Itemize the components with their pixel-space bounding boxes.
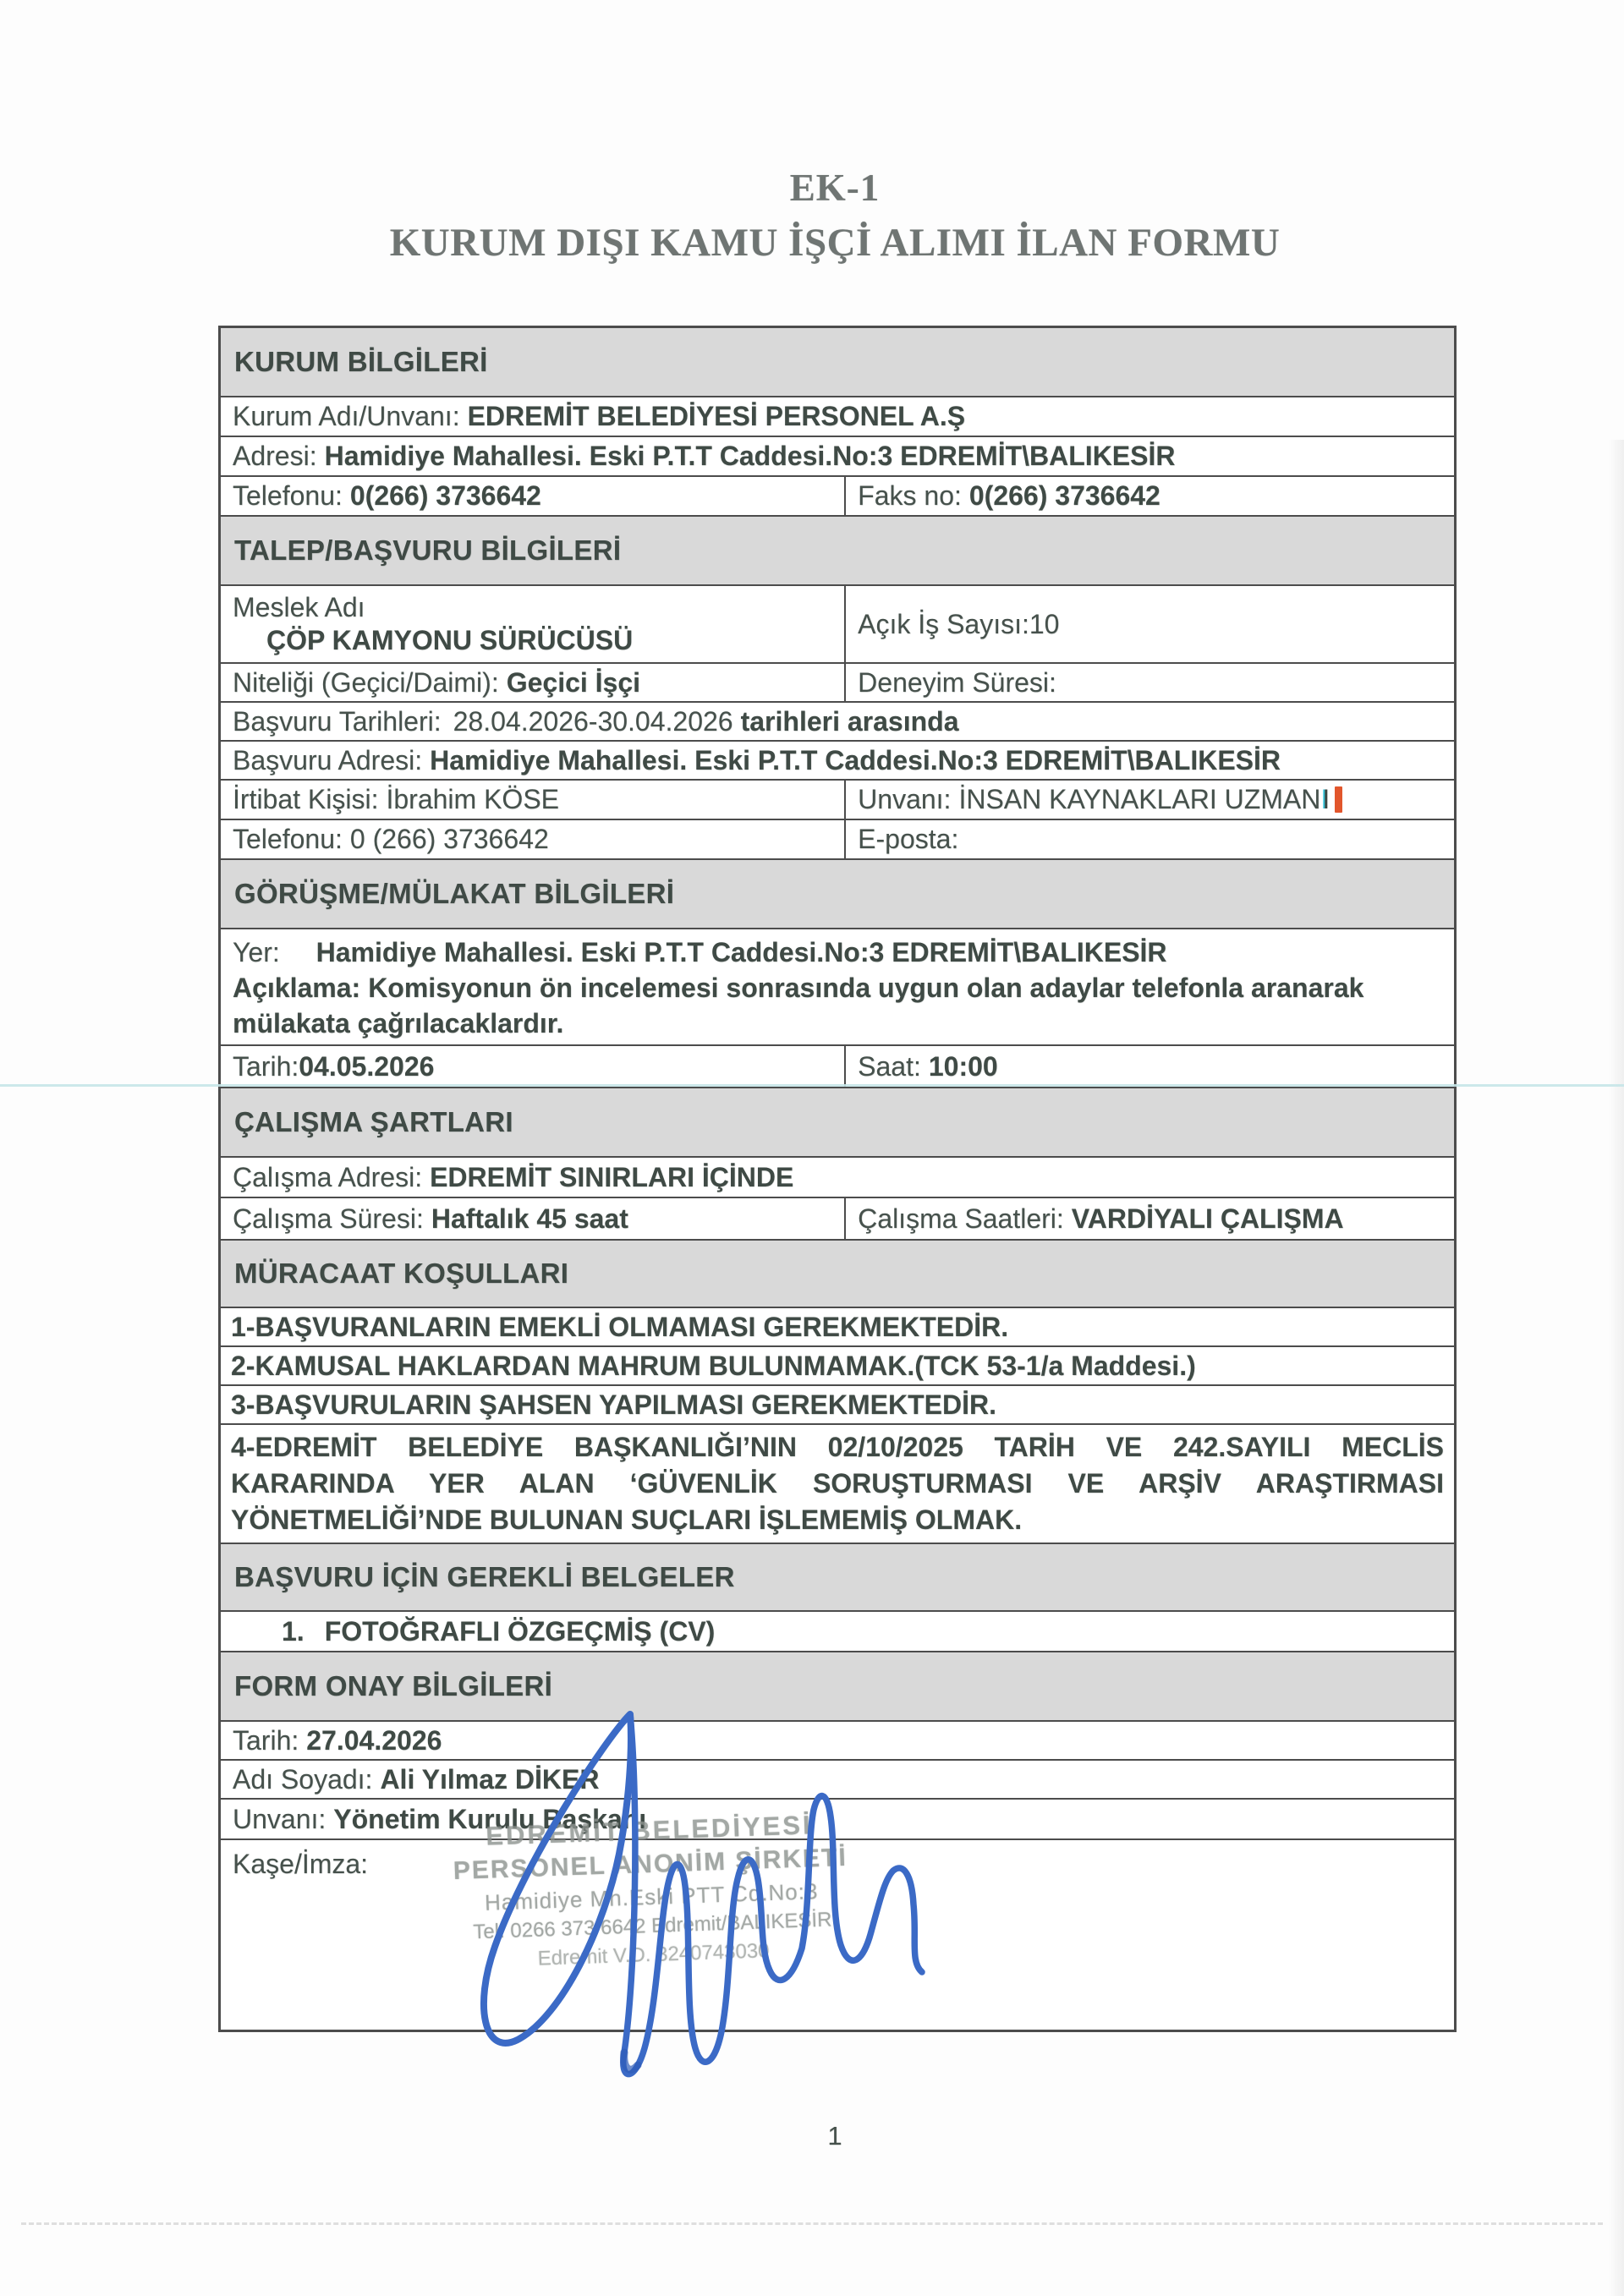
cell-telefon2: Telefonu: 0 (266) 3736642 xyxy=(221,820,844,858)
niteligi-label: Niteliği (Geçici/Daimi): xyxy=(233,667,499,699)
form-title: KURUM DIŞI KAMU İŞÇİ ALIMI İLAN FORMU xyxy=(218,216,1451,269)
cell-calisma-saatleri: Çalışma Saatleri: VARDİYALI ÇALIŞMA xyxy=(844,1198,1454,1239)
yer-value: Hamidiye Mahallesi. Eski P.T.T Caddesi.N… xyxy=(316,937,1167,967)
scan-fold-line xyxy=(21,2222,1603,2225)
unvan-value-tail: I xyxy=(1322,784,1330,815)
row-niteligi: Niteliği (Geçici/Daimi): Geçici İşçi Den… xyxy=(221,662,1454,701)
kurum-adi-label: Kurum Adı/Unvanı: xyxy=(233,401,460,432)
unvan-label: Unvanı: xyxy=(858,784,951,815)
cell-meslek-adi: Meslek Adı ÇÖP KAMYONU SÜRÜCÜSÜ xyxy=(221,586,844,662)
onay-tarih-label: Tarih: xyxy=(233,1725,299,1756)
signature-icon xyxy=(423,1701,947,2091)
muracaat-item-1: 1-BAŞVURANLARIN EMEKLİ OLMAMASI GEREKMEK… xyxy=(221,1307,1454,1345)
telefon2-value: 0 (266) 3736642 xyxy=(350,824,549,855)
page-number: 1 xyxy=(218,2121,1451,2151)
onay-unvan-label: Unvanı: xyxy=(233,1804,326,1835)
adresi-value: Hamidiye Mahallesi. Eski P.T.T Caddesi.N… xyxy=(325,441,1176,472)
row-calisma-adresi: Çalışma Adresi: EDREMİT SINIRLARI İÇİNDE xyxy=(221,1156,1454,1197)
faks-label: Faks no: xyxy=(858,480,962,512)
row-tarih-saat: Tarih: 04.05.2026 Saat: 10:00 xyxy=(221,1044,1454,1087)
section-header-talep: TALEP/BAŞVURU BİLGİLERİ xyxy=(221,515,1454,584)
section-header-calisma: ÇALIŞMA ŞARTLARI xyxy=(221,1087,1454,1156)
gorusme-yer-line: Yer: Hamidiye Mahallesi. Eski P.T.T Cadd… xyxy=(233,934,1437,970)
cell-eposta: E-posta: xyxy=(844,820,1454,858)
basvuru-tarihleri-dates: 28.04.2026-30.04.2026 xyxy=(453,706,733,737)
cursor-artifact-icon xyxy=(1335,786,1342,813)
document-title-block: EK-1 KURUM DIŞI KAMU İŞÇİ ALIMI İLAN FOR… xyxy=(218,164,1451,269)
row-calisma-sure-saat: Çalışma Süresi: Haftalık 45 saat Çalışma… xyxy=(221,1197,1454,1239)
eposta-label: E-posta: xyxy=(858,824,958,855)
calisma-saatleri-label: Çalışma Saatleri: xyxy=(858,1203,1064,1235)
gorusme-saat-value: 10:00 xyxy=(929,1051,998,1082)
row-basvuru-tarihleri: Başvuru Tarihleri: 28.04.2026-30.04.2026… xyxy=(221,701,1454,740)
muracaat-item-2: 2-KAMUSAL HAKLARDAN MAHRUM BULUNMAMAK.(T… xyxy=(221,1345,1454,1384)
yer-label: Yer: xyxy=(233,937,280,967)
cell-unvan: Unvanı: İNSAN KAYNAKLARI UZMAN I xyxy=(844,781,1454,819)
aciklama-label: Açıklama: xyxy=(233,973,360,1003)
basvuru-adresi-value: Hamidiye Mahallesi. Eski P.T.T Caddesi.N… xyxy=(430,745,1281,776)
cell-gorusme-detay: Yer: Hamidiye Mahallesi. Eski P.T.T Cadd… xyxy=(221,928,1454,1044)
kase-imza-label: Kaşe/İmza: xyxy=(233,1849,368,1879)
row-meslek: Meslek Adı ÇÖP KAMYONU SÜRÜCÜSÜ Açık İş … xyxy=(221,584,1454,662)
gorusme-aciklama-line: Açıklama:Komisyonun ön incelemesi sonras… xyxy=(233,970,1437,1041)
acik-is-label: Açık İş Sayısı: xyxy=(858,609,1029,640)
onay-tarih-value: 27.04.2026 xyxy=(306,1725,442,1756)
row-basvuru-adresi: Başvuru Adresi: Hamidiye Mahallesi. Eski… xyxy=(221,740,1454,779)
calisma-adresi-value: EDREMİT SINIRLARI İÇİNDE xyxy=(430,1162,793,1193)
deneyim-label: Deneyim Süresi: xyxy=(858,667,1056,699)
cell-gorusme-saat: Saat: 10:00 xyxy=(844,1046,1454,1087)
muracaat-item-3: 3-BAŞVURULARIN ŞAHSEN YAPILMASI GEREKMEK… xyxy=(221,1384,1454,1423)
gorusme-tarih-label: Tarih: xyxy=(233,1051,299,1082)
telefon2-label: Telefonu: xyxy=(233,824,343,855)
niteligi-value: Geçici İşçi xyxy=(507,667,640,699)
scan-edge-shade xyxy=(1609,440,1624,2296)
calisma-suresi-label: Çalışma Süresi: xyxy=(233,1203,424,1235)
telefonu-value: 0(266) 3736642 xyxy=(350,480,541,512)
cell-telefonu: Telefonu: 0(266) 3736642 xyxy=(221,477,844,515)
belge-item-number: 1. xyxy=(282,1616,304,1647)
basvuru-adresi-label: Başvuru Adresi: xyxy=(233,745,422,776)
meslek-adi-label: Meslek Adı xyxy=(233,592,365,623)
irtibat-label: İrtibat Kişisi: xyxy=(233,784,378,815)
telefonu-label: Telefonu: xyxy=(233,480,343,512)
row-irtibat-unvan: İrtibat Kişisi: İbrahim KÖSE Unvanı: İNS… xyxy=(221,779,1454,819)
section-header-muracaat: MÜRACAAT KOŞULLARI xyxy=(221,1239,1454,1307)
form-code: EK-1 xyxy=(218,164,1451,211)
row-kurum-adi: Kurum Adı/Unvanı: EDREMİT BELEDİYESİ PER… xyxy=(221,396,1454,436)
cell-niteligi: Niteliği (Geçici/Daimi): Geçici İşçi xyxy=(221,664,844,701)
section-header-gorusme: GÖRÜŞME/MÜLAKAT BİLGİLERİ xyxy=(221,858,1454,928)
aciklama-value: Komisyonun ön incelemesi sonrasında uygu… xyxy=(233,973,1363,1038)
meslek-adi-value: ÇÖP KAMYONU SÜRÜCÜSÜ xyxy=(266,625,633,656)
cell-faks: Faks no: 0(266) 3736642 xyxy=(844,477,1454,515)
cell-irtibat: İrtibat Kişisi: İbrahim KÖSE xyxy=(221,781,844,819)
muracaat-item-4: 4-EDREMİT BELEDİYE BAŞKANLIĞI’NIN 02/10/… xyxy=(221,1423,1454,1543)
basvuru-tarihleri-suffix: tarihleri arasında xyxy=(741,706,959,737)
kurum-adi-value: EDREMİT BELEDİYESİ PERSONEL A.Ş xyxy=(468,401,966,432)
gorusme-saat-label: Saat: xyxy=(858,1051,921,1082)
calisma-adresi-label: Çalışma Adresi: xyxy=(233,1162,422,1193)
calisma-suresi-value: Haftalık 45 saat xyxy=(431,1203,628,1235)
row-belge-item: 1. FOTOĞRAFLI ÖZGEÇMİŞ (CV) xyxy=(221,1610,1454,1651)
cell-acik-is: Açık İş Sayısı: 10 xyxy=(844,586,1454,662)
adi-soyadi-label: Adı Soyadı: xyxy=(233,1764,372,1795)
calisma-saatleri-value: VARDİYALI ÇALIŞMA xyxy=(1072,1203,1344,1235)
unvan-value: İNSAN KAYNAKLARI UZMAN xyxy=(958,784,1320,815)
cell-deneyim: Deneyim Süresi: xyxy=(844,664,1454,701)
gorusme-tarih-value: 04.05.2026 xyxy=(299,1051,434,1082)
irtibat-value: İbrahim KÖSE xyxy=(386,784,559,815)
row-telefon-faks: Telefonu: 0(266) 3736642 Faks no: 0(266)… xyxy=(221,475,1454,515)
belge-item-text: FOTOĞRAFLI ÖZGEÇMİŞ (CV) xyxy=(325,1616,716,1647)
row-telefon2-eposta: Telefonu: 0 (266) 3736642 E-posta: xyxy=(221,819,1454,858)
faks-value: 0(266) 3736642 xyxy=(969,480,1160,512)
section-header-belgeler: BAŞVURU İÇİN GEREKLİ BELGELER xyxy=(221,1543,1454,1610)
scan-accent-line xyxy=(0,1084,1624,1087)
cell-gorusme-tarih: Tarih: 04.05.2026 xyxy=(221,1046,844,1087)
row-adresi: Adresi: Hamidiye Mahallesi. Eski P.T.T C… xyxy=(221,436,1454,475)
section-header-kurum: KURUM BİLGİLERİ xyxy=(221,328,1454,396)
cell-calisma-suresi: Çalışma Süresi: Haftalık 45 saat xyxy=(221,1198,844,1239)
basvuru-tarihleri-label: Başvuru Tarihleri: xyxy=(233,706,442,737)
acik-is-value: 10 xyxy=(1029,609,1060,640)
document-page: EK-1 KURUM DIŞI KAMU İŞÇİ ALIMI İLAN FOR… xyxy=(0,0,1624,2296)
adresi-label: Adresi: xyxy=(233,441,317,472)
